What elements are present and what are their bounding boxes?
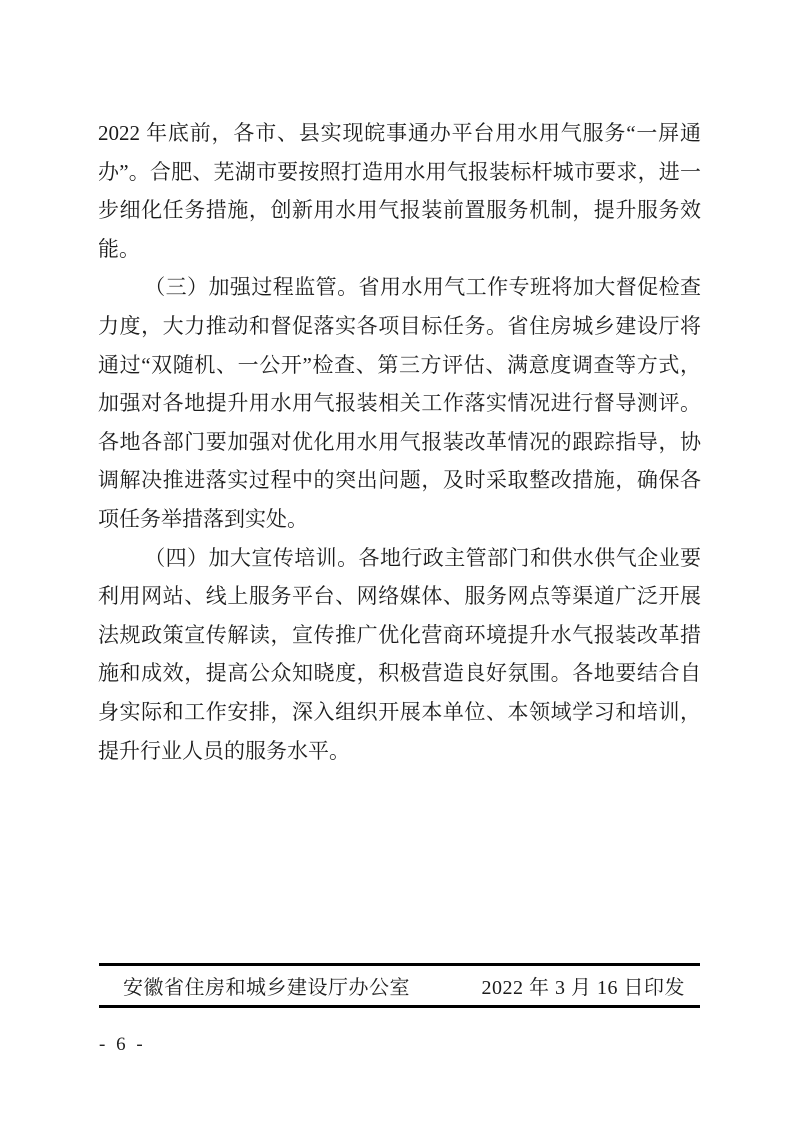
text-line: 法规政策宣传解读，宣传推广优化营商环境提升水气报装改革措	[98, 616, 701, 655]
text-line: 加强对各地提升用水用气报装相关工作落实情况进行督导测评。	[98, 384, 701, 423]
paragraph-continuation: 2022 年底前，各市、县实现皖事通办平台用水用气服务“一屏通 办”。合肥、芜湖…	[98, 114, 701, 268]
footer-issuing-office: 安徽省住房和城乡建设厅办公室	[123, 971, 410, 1000]
paragraph-section-4: （四）加大宣传培训。各地行政主管部门和供水供气企业要 利用网站、线上服务平台、网…	[98, 539, 701, 771]
text-line: 力度，大力推动和督促落实各项目标任务。省住房城乡建设厅将	[98, 307, 701, 346]
body-text: 2022 年底前，各市、县实现皖事通办平台用水用气服务“一屏通 办”。合肥、芜湖…	[98, 114, 701, 770]
text-line: （三）加强过程监管。省用水用气工作专班将加大督促检查	[98, 268, 701, 307]
text-line: （四）加大宣传培训。各地行政主管部门和供水供气企业要	[98, 539, 701, 578]
text-line: 调解决推进落实过程中的突出问题，及时采取整改措施，确保各	[98, 461, 701, 500]
text-line: 通过“双随机、一公开”检查、第三方评估、满意度调查等方式，	[98, 346, 701, 385]
footer-print-date: 2022 年 3 月 16 日印发	[482, 971, 686, 1000]
text-line: 步细化任务措施，创新用水用气报装前置服务机制，提升服务效	[98, 191, 701, 230]
text-line: 办”。合肥、芜湖市要按照打造用水用气报装标杆城市要求，进一	[98, 153, 701, 192]
page-number: - 6 -	[99, 1032, 146, 1058]
text-line: 2022 年底前，各市、县实现皖事通办平台用水用气服务“一屏通	[98, 114, 701, 153]
footer-colophon: 安徽省住房和城乡建设厅办公室 2022 年 3 月 16 日印发	[99, 963, 700, 1008]
document-page: 2022 年底前，各市、县实现皖事通办平台用水用气服务“一屏通 办”。合肥、芜湖…	[0, 0, 793, 1122]
text-line: 身实际和工作安排，深入组织开展本单位、本领域学习和培训，	[98, 693, 701, 732]
text-line: 各地各部门要加强对优化用水用气报装改革情况的跟踪指导，协	[98, 423, 701, 462]
text-line: 项任务举措落到实处。	[98, 500, 701, 539]
text-line: 能。	[98, 230, 701, 269]
text-line: 施和成效，提高公众知晓度，积极营造良好氛围。各地要结合自	[98, 654, 701, 693]
paragraph-section-3: （三）加强过程监管。省用水用气工作专班将加大督促检查 力度，大力推动和督促落实各…	[98, 268, 701, 538]
text-line: 利用网站、线上服务平台、网络媒体、服务网点等渠道广泛开展	[98, 577, 701, 616]
text-line: 提升行业人员的服务水平。	[98, 732, 701, 771]
